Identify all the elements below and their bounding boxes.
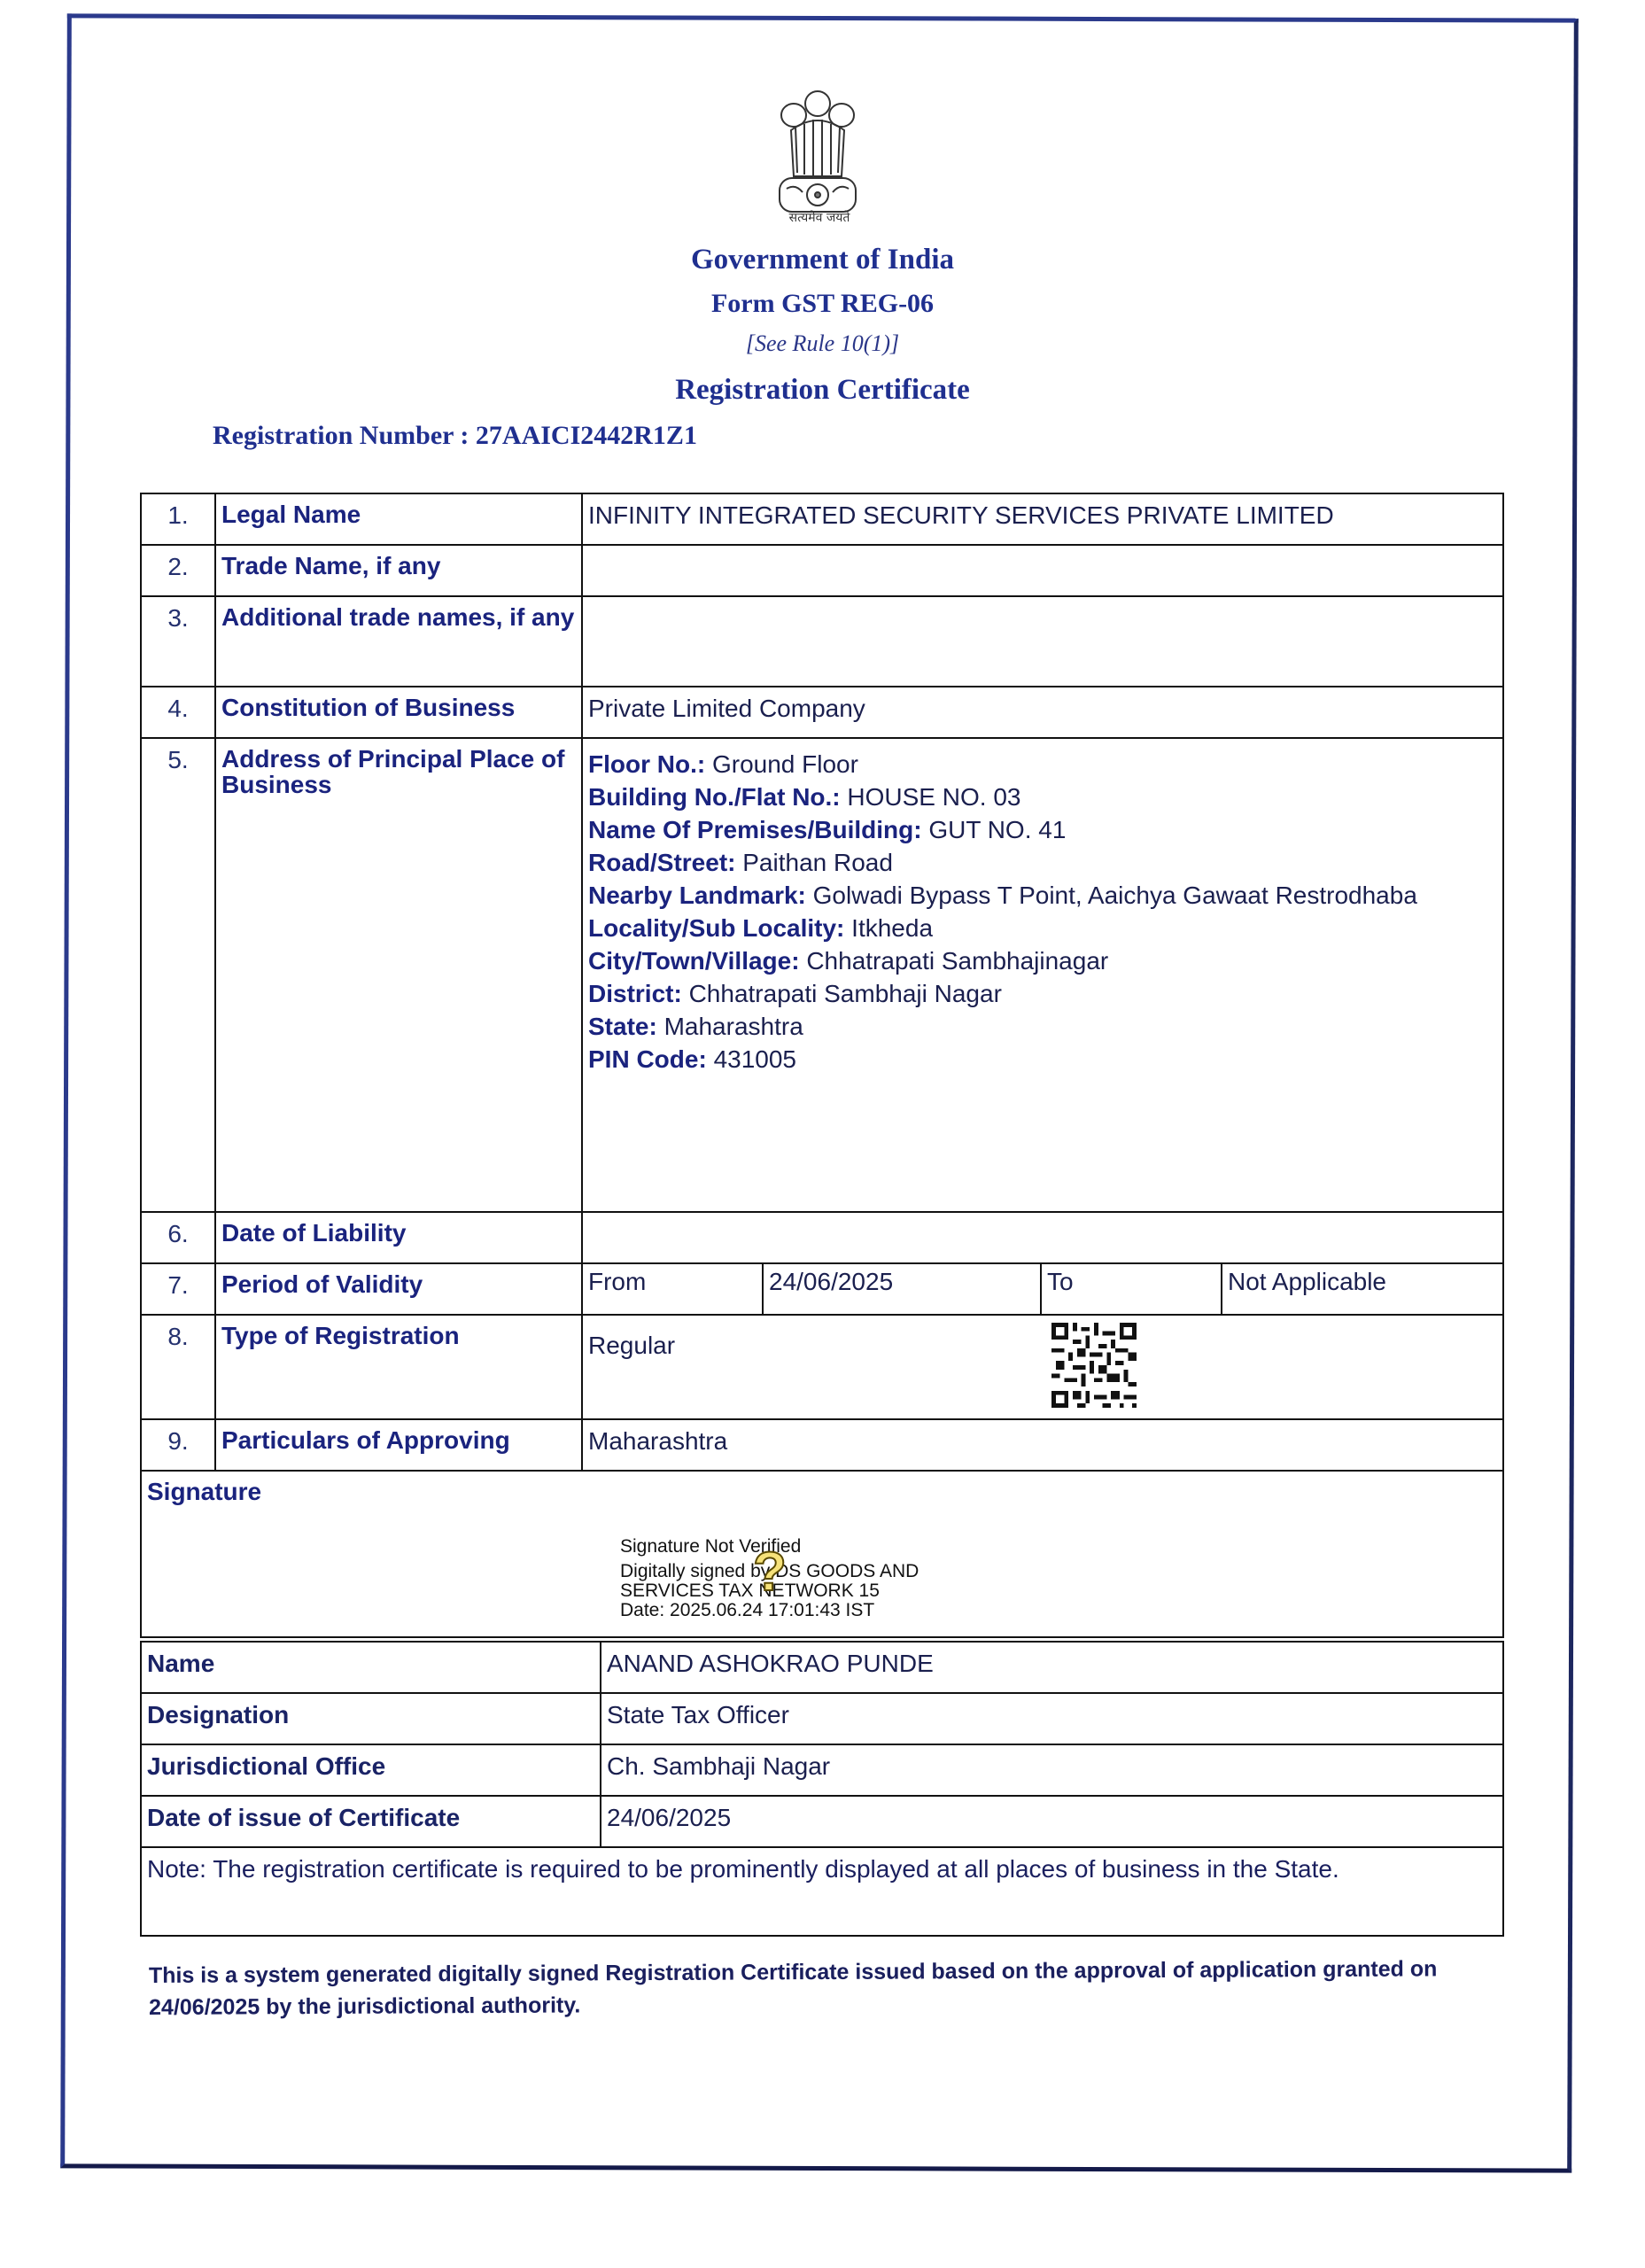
row-label: Particulars of Approving bbox=[215, 1419, 582, 1471]
row-label: Period of Validity bbox=[215, 1263, 582, 1315]
address-line: Road/Street: Paithan Road bbox=[588, 846, 1497, 879]
registration-type-value: Regular bbox=[582, 1315, 1503, 1419]
government-heading: Government of India bbox=[0, 244, 1645, 276]
table-row: 8. Type of Registration Regular bbox=[141, 1315, 1503, 1419]
certificate-title: Registration Certificate bbox=[0, 374, 1645, 407]
signature-not-verified-icon: ? bbox=[753, 1541, 787, 1604]
address-line: State: Maharashtra bbox=[588, 1010, 1497, 1043]
row-label: Date of Liability bbox=[215, 1212, 582, 1263]
table-row: Date of issue of Certificate 24/06/2025 bbox=[141, 1796, 1503, 1847]
trade-name-value bbox=[582, 545, 1503, 596]
row-number: 2. bbox=[141, 545, 215, 596]
officer-label: Designation bbox=[141, 1693, 601, 1744]
certificate-details-table: 1. Legal Name INFINITY INTEGRATED SECURI… bbox=[140, 493, 1504, 1638]
signature-label: Signature bbox=[147, 1479, 1497, 1504]
table-row: 5. Address of Principal Place of Busines… bbox=[141, 738, 1503, 1212]
display-note: Note: The registration certificate is re… bbox=[141, 1847, 1503, 1936]
row-label: Type of Registration bbox=[215, 1315, 582, 1419]
address-line: District: Chhatrapati Sambhaji Nagar bbox=[588, 977, 1497, 1010]
form-heading: Form GST REG-06 bbox=[0, 289, 1645, 319]
row-label: Additional trade names, if any bbox=[215, 596, 582, 687]
row-number: 1. bbox=[141, 493, 215, 545]
qr-code-icon bbox=[1051, 1323, 1137, 1408]
table-row: Name ANAND ASHOKRAO PUNDE bbox=[141, 1642, 1503, 1693]
address-line: PIN Code: 431005 bbox=[588, 1043, 1497, 1076]
address-line: City/Town/Village: Chhatrapati Sambhajin… bbox=[588, 944, 1497, 977]
issue-date-value: 24/06/2025 bbox=[601, 1796, 1503, 1847]
row-label: Constitution of Business bbox=[215, 687, 582, 738]
table-row: 2. Trade Name, if any bbox=[141, 545, 1503, 596]
table-row: 6. Date of Liability bbox=[141, 1212, 1503, 1263]
row-number: 5. bbox=[141, 738, 215, 1212]
row-number: 3. bbox=[141, 596, 215, 687]
validity-subtable: From 24/06/2025 To Not Applicable bbox=[583, 1264, 1502, 1314]
row-label: Legal Name bbox=[215, 493, 582, 545]
signature-line-3: Date: 2025.06.24 17:01:43 IST bbox=[620, 1601, 919, 1620]
officer-name-value: ANAND ASHOKRAO PUNDE bbox=[601, 1642, 1503, 1693]
officer-label: Date of issue of Certificate bbox=[141, 1796, 601, 1847]
date-of-liability-value bbox=[582, 1212, 1503, 1263]
address-block: Floor No.: Ground Floor Building No./Fla… bbox=[582, 738, 1503, 1212]
system-generated-footer: This is a system generated digitally sig… bbox=[149, 1953, 1495, 2023]
motto: सत्यमेव जयते bbox=[762, 209, 877, 226]
jurisdictional-office-value: Ch. Sambhaji Nagar bbox=[601, 1744, 1503, 1796]
designation-value: State Tax Officer bbox=[601, 1693, 1503, 1744]
registration-type-text: Regular bbox=[588, 1332, 675, 1359]
row-label: Trade Name, if any bbox=[215, 545, 582, 596]
row-number: 7. bbox=[141, 1263, 215, 1315]
constitution-value: Private Limited Company bbox=[582, 687, 1503, 738]
validity-cell: From 24/06/2025 To Not Applicable bbox=[582, 1263, 1503, 1315]
validity-from-date: 24/06/2025 bbox=[763, 1264, 1041, 1314]
address-line: Locality/Sub Locality: Itkheda bbox=[588, 912, 1497, 944]
address-line: Nearby Landmark: Golwadi Bypass T Point,… bbox=[588, 879, 1497, 912]
signature-cell: Signature Signature Not Verified Digital… bbox=[141, 1471, 1503, 1637]
additional-trade-names-value bbox=[582, 596, 1503, 687]
registration-number-label: Registration Number : bbox=[213, 421, 469, 450]
address-line: Floor No.: Ground Floor bbox=[588, 748, 1497, 781]
table-row: 4. Constitution of Business Private Limi… bbox=[141, 687, 1503, 738]
rule-reference: [See Rule 10(1)] bbox=[0, 330, 1645, 357]
validity-to-value: Not Applicable bbox=[1222, 1264, 1502, 1314]
validity-from-label: From bbox=[583, 1264, 763, 1314]
registration-number: Registration Number : 27AAICI2442R1Z1 bbox=[213, 421, 697, 451]
officer-label: Name bbox=[141, 1642, 601, 1693]
signature-row: Signature Signature Not Verified Digital… bbox=[141, 1471, 1503, 1637]
table-row: Jurisdictional Office Ch. Sambhaji Nagar bbox=[141, 1744, 1503, 1796]
officer-label: Jurisdictional Office bbox=[141, 1744, 601, 1796]
table-row: 3. Additional trade names, if any bbox=[141, 596, 1503, 687]
row-label: Address of Principal Place of Business bbox=[215, 738, 582, 1212]
national-emblem-icon bbox=[769, 84, 866, 226]
table-row: 1. Legal Name INFINITY INTEGRATED SECURI… bbox=[141, 493, 1503, 545]
validity-to-label: To bbox=[1041, 1264, 1222, 1314]
registration-number-value: 27AAICI2442R1Z1 bbox=[476, 421, 697, 450]
table-row: 9. Particulars of Approving Maharashtra bbox=[141, 1419, 1503, 1471]
row-number: 6. bbox=[141, 1212, 215, 1263]
address-line: Building No./Flat No.: HOUSE NO. 03 bbox=[588, 781, 1497, 813]
row-number: 9. bbox=[141, 1419, 215, 1471]
legal-name-value: INFINITY INTEGRATED SECURITY SERVICES PR… bbox=[582, 493, 1503, 545]
table-row: Designation State Tax Officer bbox=[141, 1693, 1503, 1744]
address-line: Name Of Premises/Building: GUT NO. 41 bbox=[588, 813, 1497, 846]
table-row: 7. Period of Validity From 24/06/2025 To… bbox=[141, 1263, 1503, 1315]
row-number: 8. bbox=[141, 1315, 215, 1419]
officer-details-table: Name ANAND ASHOKRAO PUNDE Designation St… bbox=[140, 1641, 1504, 1937]
note-row: Note: The registration certificate is re… bbox=[141, 1847, 1503, 1936]
row-number: 4. bbox=[141, 687, 215, 738]
approving-authority-value: Maharashtra bbox=[582, 1419, 1503, 1471]
